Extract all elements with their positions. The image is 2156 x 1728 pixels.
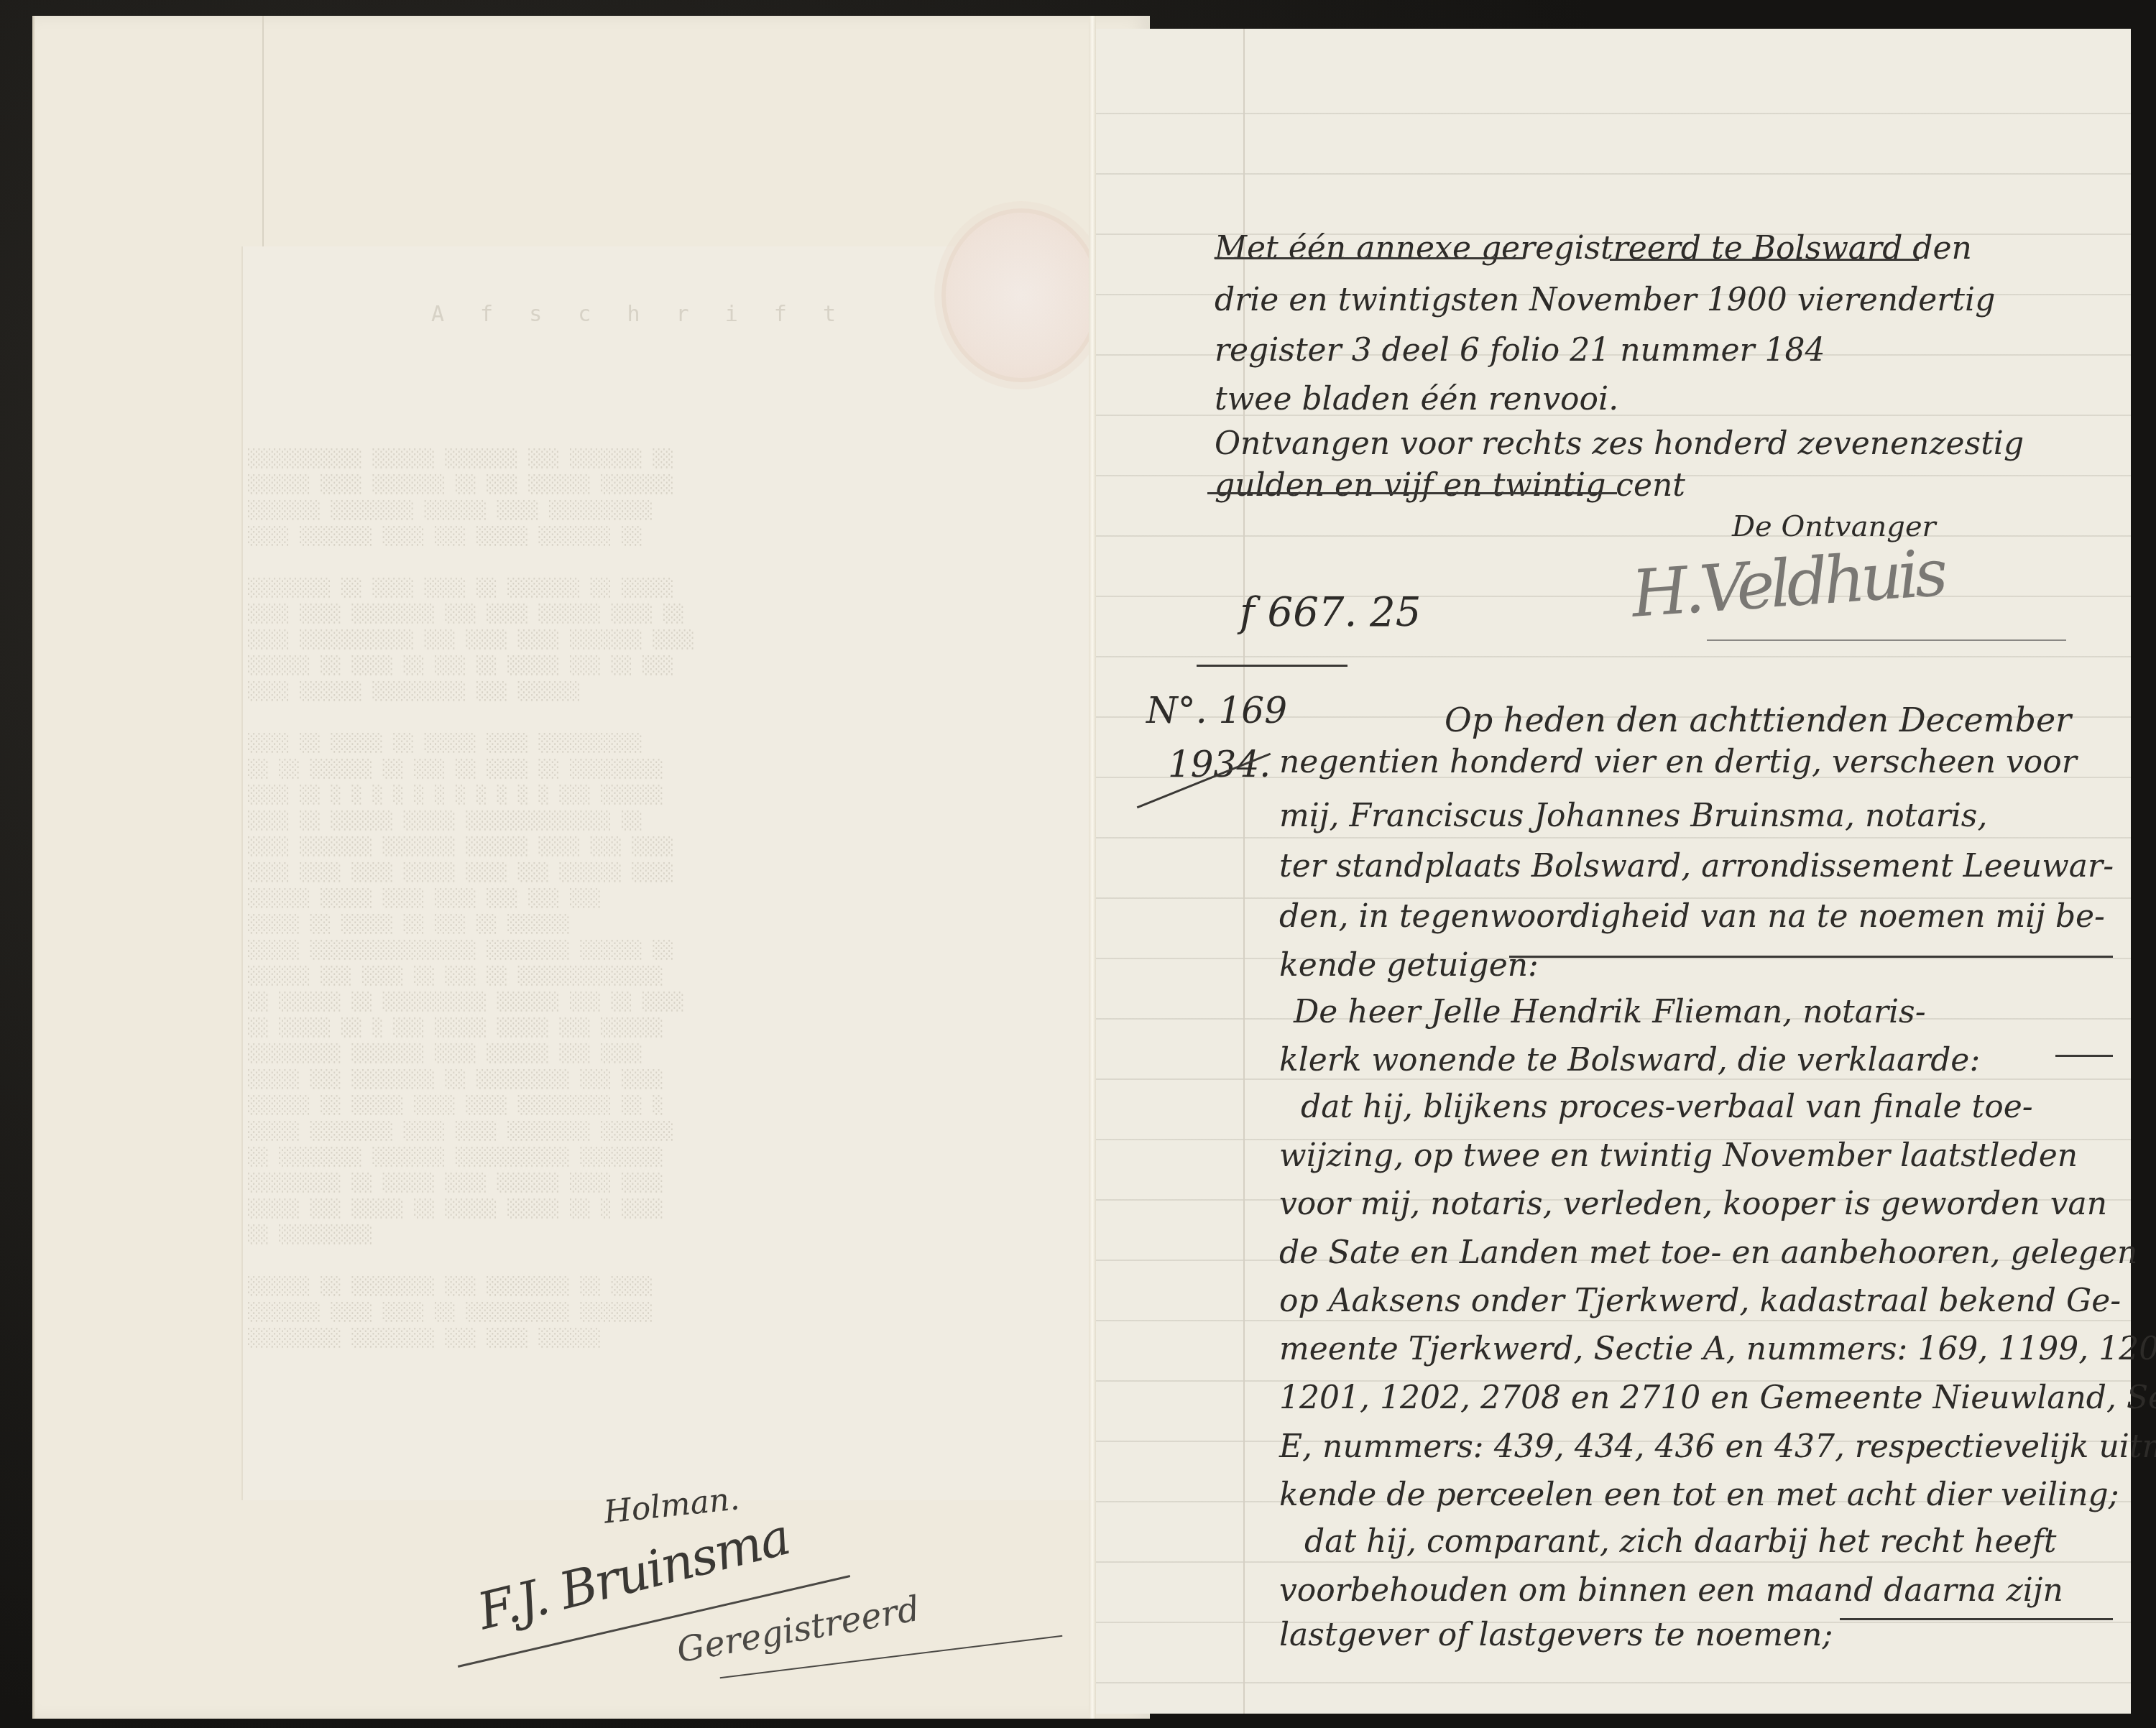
body-line-3: mij, Franciscus Johannes Bruinsma, notar… xyxy=(1279,798,1987,834)
body-line-2: negentien honderd vier en dertig, versch… xyxy=(1279,744,2077,780)
registration-line-1: Met één annexe geregistreerd te Bolsward… xyxy=(1215,230,1972,267)
body-line-7: De heer Jelle Hendrik Flieman, notaris- xyxy=(1294,994,1926,1030)
body-line-19: voorbehouden om binnen een maand daarna … xyxy=(1279,1572,2063,1609)
body-line-14: meente Tjerkwerd, Sectie A, nummers: 169… xyxy=(1279,1331,2156,1367)
deed-number: N°. 169 xyxy=(1146,690,1287,731)
amount-underline xyxy=(1197,665,1347,667)
body-line-12: de Sate en Landen met toe- en aanbehoore… xyxy=(1279,1234,2137,1271)
underline xyxy=(1207,492,1617,494)
body-line-5: den, in tegenwoordigheid van na te noeme… xyxy=(1279,898,2105,935)
body-line-18: dat hij, comparant, zich daarbij het rec… xyxy=(1304,1523,2057,1560)
registration-line-4: twee bladen één renvooi. xyxy=(1215,381,1618,417)
body-line-4: ter standplaats Bolsward, arrondissement… xyxy=(1279,848,2114,884)
body-line-17: kende de perceelen een tot en met acht d… xyxy=(1279,1477,2119,1513)
bleed-through-title: A f s c h r i f t xyxy=(431,302,847,327)
deed-year: 1934. xyxy=(1168,744,1271,785)
body-line-16: E, nummers: 439, 434, 436 en 437, respec… xyxy=(1279,1428,2156,1465)
body-line-15: 1201, 1202, 2708 en 2710 en Gemeente Nie… xyxy=(1279,1380,2156,1416)
signature-flourish xyxy=(1707,639,2066,641)
bleed-through-text: ░░░░░░░░░░░ ░░░░░░ ░░░░░░░ ░░░ ░░░░░░░ ░… xyxy=(248,445,1082,1351)
registration-line-2: drie en twintigsten November 1900 vieren… xyxy=(1215,282,1995,318)
fee-amount: f 667. 25 xyxy=(1240,589,1421,636)
underline xyxy=(1610,259,1919,261)
book-spine xyxy=(1089,16,1096,1719)
embossed-seal xyxy=(941,208,1101,382)
margin-rule xyxy=(262,16,264,264)
body-line-8: klerk wonende te Bolsward, die verklaard… xyxy=(1279,1042,1980,1078)
body-line-1: Op heden den achttienden December xyxy=(1445,701,2071,739)
body-line-11: voor mij, notaris, verleden, kooper is g… xyxy=(1279,1186,2107,1222)
registration-line-3: register 3 deel 6 folio 21 nummer 184 xyxy=(1215,332,1825,369)
body-line-20: lastgever of lastgevers te noemen; xyxy=(1279,1617,1833,1653)
registration-line-5: Ontvangen voor rechts zes honderd zevene… xyxy=(1215,425,2024,462)
body-line-6: kende getuigen: xyxy=(1279,947,1539,984)
underline xyxy=(1215,257,1524,259)
fill-line xyxy=(1509,956,2113,958)
fill-line xyxy=(2055,1055,2113,1057)
fill-line xyxy=(1840,1618,2113,1620)
body-line-13: op Aaksens onder Tjerkwerd, kadastraal b… xyxy=(1279,1283,2121,1319)
registration-line-6: gulden en vijf en twintig cent xyxy=(1215,467,1685,504)
page-edge xyxy=(32,16,34,1719)
body-line-9: dat hij, blijkens proces-verbaal van fin… xyxy=(1301,1089,2033,1125)
body-line-10: wijzing, op twee en twintig November laa… xyxy=(1279,1137,2078,1174)
